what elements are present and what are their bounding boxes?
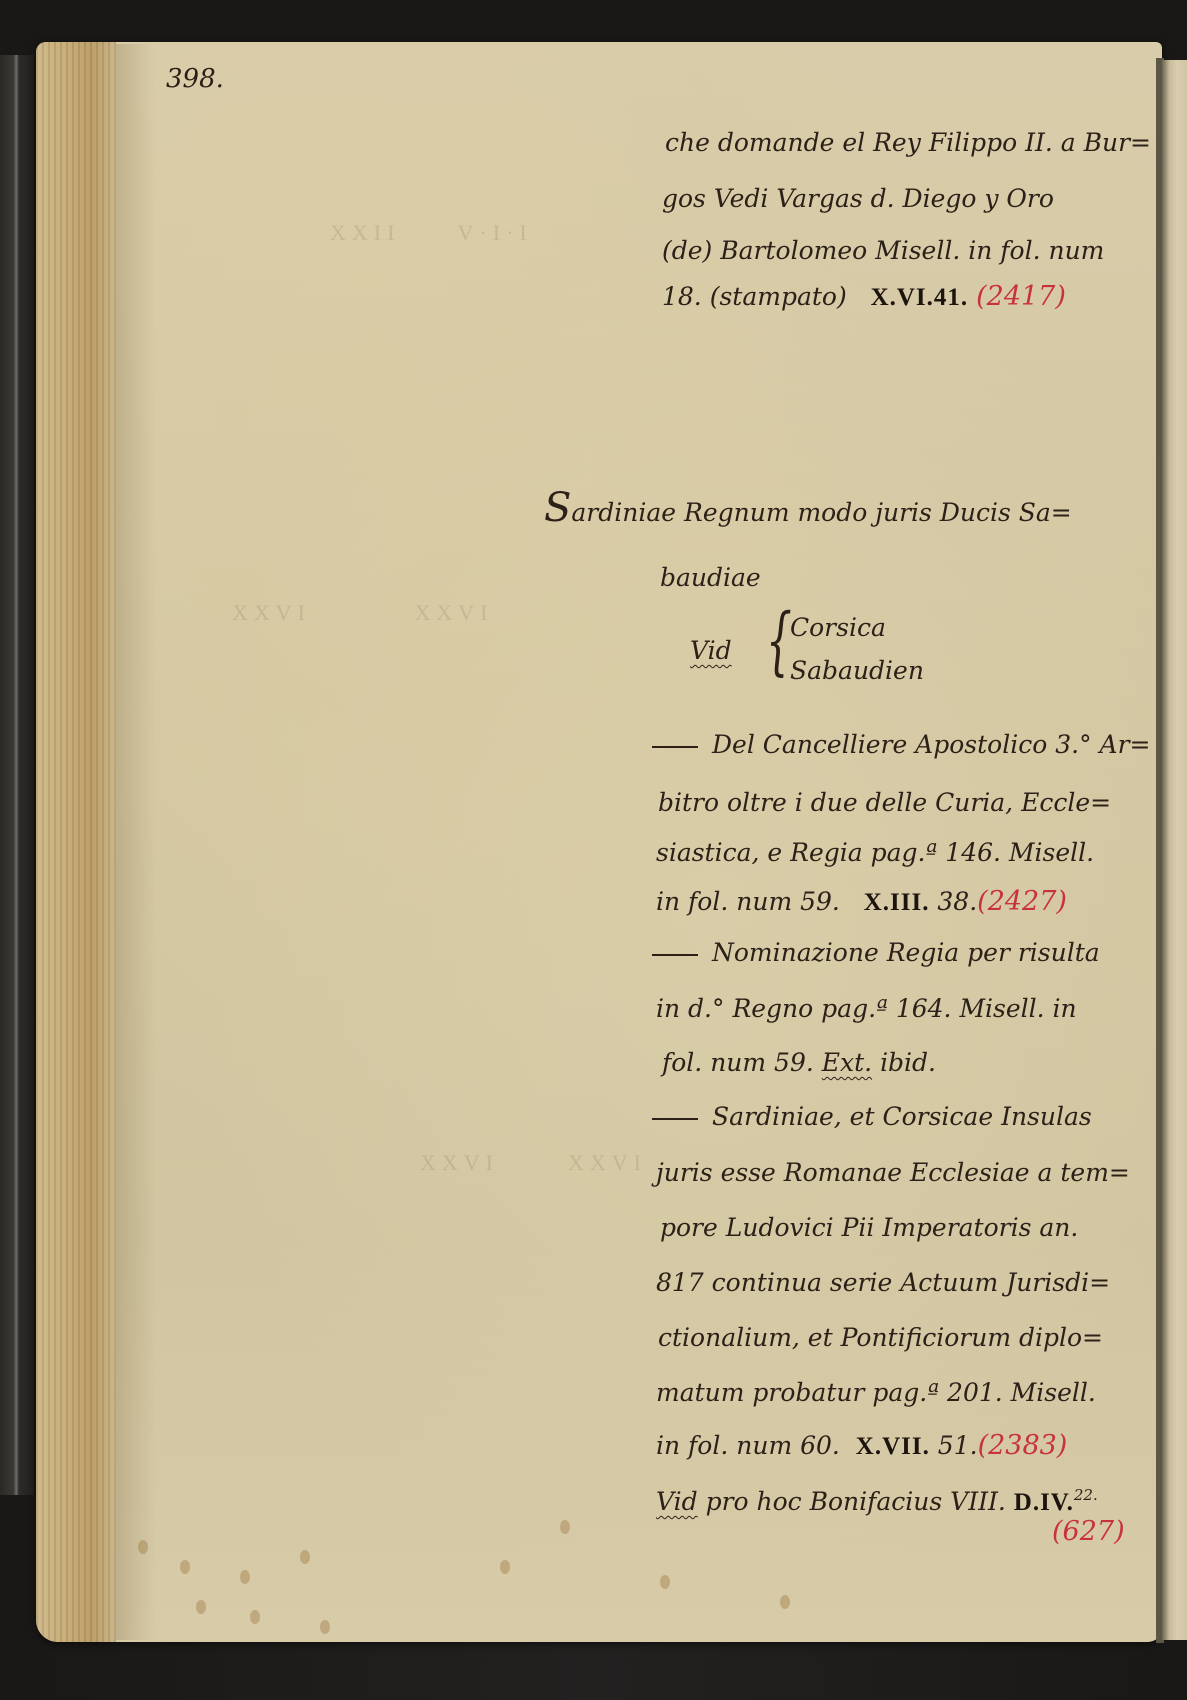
sub-entry-line: pore Ludovici Pii Imperatoris an. [660, 1215, 1078, 1240]
heading-text: ardiniae Regnum modo juris Ducis Sa= [571, 498, 1071, 527]
line-text: Nominazione Regia per risulta [712, 938, 1100, 967]
text-line-with-reference: 18. (stampato) X.VI.41. (2417) [662, 283, 1066, 310]
sub-entry-line: 817 continua serie Actuum Jurisdi= [656, 1270, 1110, 1295]
show-through-text: XXVI XXVI [420, 1150, 647, 1176]
red-catalog-number: (2427) [977, 886, 1067, 917]
sub-entry-line: Del Cancelliere Apostolico 3.° Ar= [652, 732, 1150, 757]
line-text: Del Cancelliere Apostolico 3.° Ar= [712, 730, 1150, 759]
dash-marker [652, 746, 698, 748]
sub-entry-line-with-reference: in fol. num 60. X.VII. 51.(2383) [656, 1432, 1067, 1459]
shelf-reference: X.III. [864, 889, 930, 916]
dash-marker [652, 1118, 698, 1120]
shelf-reference-sup: 22. [1074, 1486, 1098, 1504]
vid-label: Vid [690, 638, 732, 663]
shelf-reference-number: 38. [937, 887, 977, 916]
entry-heading: Sardiniae Regnum modo juris Ducis Sa= [544, 488, 1072, 528]
ext-label: Ext. [822, 1048, 872, 1077]
sub-entry-line: bitro oltre i due delle Curia, Eccle= [658, 790, 1111, 815]
shelf-reference: D.IV. [1014, 1489, 1074, 1516]
sub-entry-line: in d.° Regno pag.ª 164. Misell. in [656, 996, 1077, 1021]
line-text: in fol. num 60. [656, 1431, 840, 1460]
heading-continuation: baudiae [660, 565, 761, 590]
sub-entry-line: juris esse Romanae Ecclesiae a tem= [656, 1160, 1130, 1185]
sub-entry-line: ctionalium, et Pontificiorum diplo= [658, 1325, 1103, 1350]
sub-entry-line: siastica, e Regia pag.ª 146. Misell. [656, 840, 1094, 865]
sub-entry-line: matum probatur pag.ª 201. Misell. [656, 1380, 1096, 1405]
red-catalog-number: (2417) [976, 281, 1066, 312]
heading-initial: S [544, 485, 571, 531]
sub-entry-line: Nominazione Regia per risulta [652, 940, 1100, 965]
line-text: Sardiniae, et Corsicae Insulas [712, 1102, 1092, 1131]
show-through-text: XXVI XXVI [232, 600, 493, 626]
folio-number: 398. [166, 64, 224, 94]
page-block-edges [36, 42, 116, 1642]
cross-reference: Sabaudien [790, 658, 924, 683]
ext-tail: ibid. [880, 1048, 936, 1077]
red-catalog-number: (627) [1052, 1518, 1125, 1545]
sub-entry-line-with-reference: in fol. num 59. X.III. 38.(2427) [656, 888, 1067, 915]
vid-label: Vid [656, 1487, 698, 1516]
facing-page-edge [1162, 60, 1187, 1640]
sub-entry-line: Sardiniae, et Corsicae Insulas [652, 1104, 1092, 1129]
show-through-text: XXII V·I·I [330, 220, 533, 246]
text-line: gos Vedi Vargas d. Diego y Oro [662, 186, 1054, 211]
final-crossref-line: Vid pro hoc Bonifacius VIII. D.IV.22. [656, 1488, 1098, 1515]
cross-reference: Corsica [790, 615, 886, 640]
gutter-shadow [116, 44, 156, 1640]
sub-entry-line-with-ext: fol. num 59. Ext. ibid. [662, 1050, 936, 1075]
line-text: pro hoc Bonifacius VIII. [706, 1487, 1006, 1516]
shelf-reference: X.VII. [856, 1433, 930, 1460]
line-text: fol. num 59. [662, 1048, 814, 1077]
brace-icon: { [766, 604, 792, 678]
line-text: in fol. num 59. [656, 887, 840, 916]
shelf-reference: X.VI.41. [871, 284, 969, 311]
shelf-reference-number: 51. [938, 1431, 978, 1460]
text-line: (de) Bartolomeo Misell. in fol. num [662, 238, 1104, 263]
red-catalog-number: (2383) [978, 1430, 1068, 1461]
line-text: 18. (stampato) [662, 282, 847, 311]
scan-background: XXII V·I·I XXVI XXVI XXVI XXVI 398. che … [0, 0, 1187, 1700]
dash-marker [652, 954, 698, 956]
text-line: che domande el Rey Filippo II. a Bur= [665, 130, 1151, 155]
binding-strap [0, 55, 34, 1495]
